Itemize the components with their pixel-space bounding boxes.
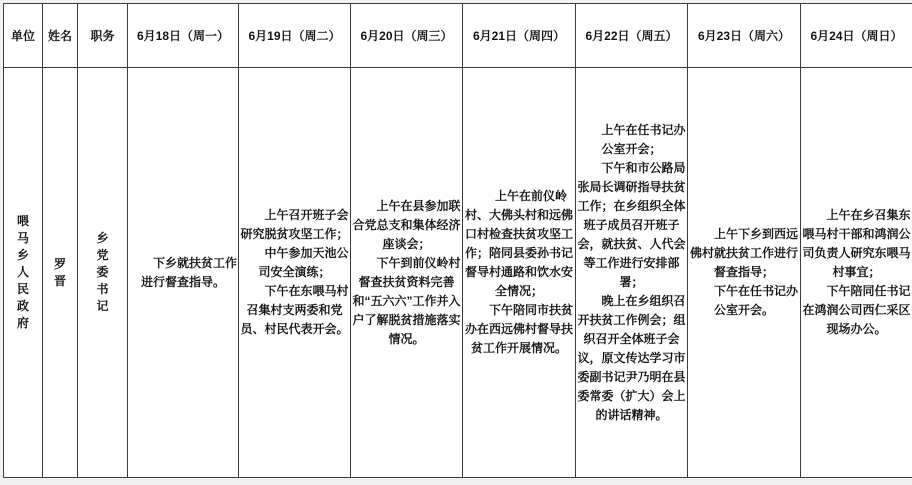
title-value: 乡党委书记: [95, 230, 110, 315]
schedule-paragraph: 中午参加天池公司安全演练；: [239, 244, 350, 282]
day-column-header-thu: 6月21日（周四）: [463, 4, 576, 68]
schedule-cell-fri: 上午在任书记办公室开会； 下午和市公路局张局长调研指导扶贫工作；在乡组织全体班子…: [576, 68, 688, 478]
schedule-paragraph: 上午在任书记办公室开会；: [576, 121, 687, 159]
day-column-header-sat: 6月23日（周六）: [688, 4, 801, 68]
name-cell: 罗晋: [43, 68, 78, 478]
schedule-cell-thu: 上午在前仪岭村、大佛头村和远佛口村检查扶贫攻坚工作；陪同县委孙书记督导村通路和饮…: [463, 68, 576, 478]
title-cell: 乡党委书记: [78, 68, 128, 478]
schedule-paragraph: 上午在前仪岭村、大佛头村和远佛口村检查扶贫攻坚工作；陪同县委孙书记督导村通路和饮…: [463, 187, 575, 301]
schedule-paragraph: 下午陪同市扶贫办在西远佛村督导扶贫工作开展情况。: [463, 301, 575, 358]
weekly-schedule-table: 单位 姓名 职务 6月18日（周一） 6月19日（周二） 6月20日（周三） 6…: [3, 3, 912, 478]
schedule-cell-tue: 上午召开班子会研究脱贫攻坚工作； 中午参加天池公司安全演练； 下午在东喂马村召集…: [239, 68, 351, 478]
schedule-paragraph: 上午在县参加联合党总支和集体经济座谈会；: [351, 197, 462, 254]
document-page: 单位 姓名 职务 6月18日（周一） 6月19日（周二） 6月20日（周三） 6…: [0, 0, 912, 485]
schedule-paragraph: 晚上在乡组织召开扶贫工作例会；组织召开全体班子会议，原文传达学习市委副书记尹乃明…: [576, 292, 687, 425]
schedule-cell-sun: 上午在乡召集东喂马村干部和鸿润公司负责人研究东喂马村事宜； 下午陪同任书记在鸿润…: [801, 68, 912, 478]
schedule-cell-wed: 上午在县参加联合党总支和集体经济座谈会； 下午到前仪岭村督查扶贫资料完善和“五六…: [351, 68, 463, 478]
schedule-paragraph: 下午到前仪岭村督查扶贫资料完善和“五六六”工作并入户了解脱贫措施落实情况。: [351, 254, 462, 349]
day-column-header-tue: 6月19日（周二）: [239, 4, 351, 68]
title-column-header: 职务: [78, 4, 128, 68]
schedule-cell-mon: 下乡就扶贫工作进行督查指导。: [128, 68, 239, 478]
day-column-header-sun: 6月24日（周日）: [801, 4, 912, 68]
table-data-row: 喂马乡人民政府 罗晋 乡党委书记 下乡就扶贫工作进行督查指导。 上午召开班子会研…: [4, 68, 912, 478]
schedule-cell-sat: 上午下乡到西远佛村就扶贫工作进行督查指导； 下午在任书记办公室开会。: [688, 68, 801, 478]
schedule-paragraph: 下乡就扶贫工作进行督查指导。: [128, 254, 238, 292]
table-header-row: 单位 姓名 职务 6月18日（周一） 6月19日（周二） 6月20日（周三） 6…: [4, 4, 912, 68]
schedule-paragraph: 下午在任书记办公室开会。: [688, 282, 800, 320]
schedule-paragraph: 上午召开班子会研究脱贫攻坚工作；: [239, 206, 350, 244]
day-column-header-wed: 6月20日（周三）: [351, 4, 463, 68]
day-column-header-mon: 6月18日（周一）: [128, 4, 239, 68]
name-column-header: 姓名: [43, 4, 78, 68]
schedule-paragraph: 下午陪同任书记在鸿润公司西仁采区现场办公。: [801, 282, 912, 339]
schedule-paragraph: 下午和市公路局张局长调研指导扶贫工作；在乡组织全体班子成员召开班子会，就扶贫、人…: [576, 159, 687, 292]
unit-value: 喂马乡人民政府: [16, 213, 31, 332]
name-value: 罗晋: [53, 256, 68, 290]
unit-cell: 喂马乡人民政府: [4, 68, 43, 478]
schedule-paragraph: 上午在乡召集东喂马村干部和鸿润公司负责人研究东喂马村事宜；: [801, 206, 912, 282]
day-column-header-fri: 6月22日（周五）: [576, 4, 688, 68]
unit-column-header: 单位: [4, 4, 43, 68]
schedule-paragraph: 上午下乡到西远佛村就扶贫工作进行督查指导；: [688, 225, 800, 282]
schedule-paragraph: 下午在东喂马村召集村支两委和党员、村民代表开会。: [239, 282, 350, 339]
